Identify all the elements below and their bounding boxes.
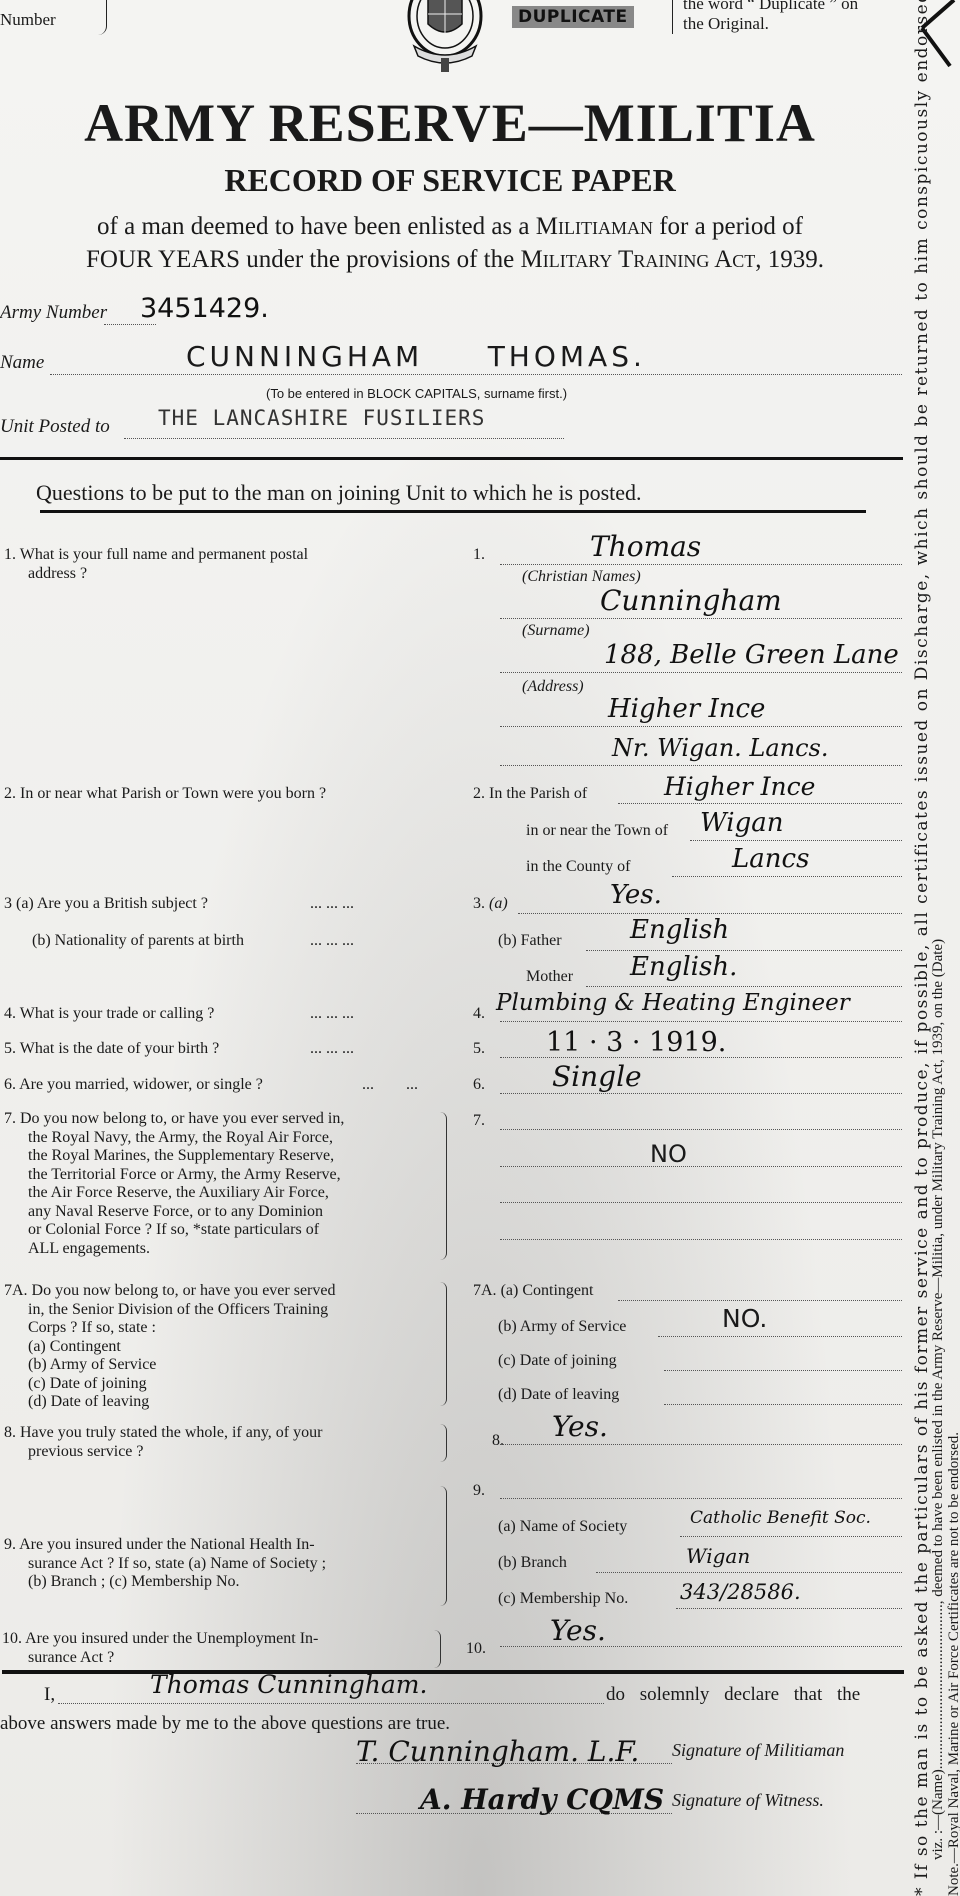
militiaman-signature-label: Signature of Militiaman <box>672 1740 844 1761</box>
address-line-1[interactable]: 188, Belle Green Lane <box>604 640 899 670</box>
question-text: 7. Do you now belong to, or have you eve… <box>4 1110 444 1129</box>
question-8: 8. Have you truly stated the whole, if a… <box>4 1424 322 1461</box>
duplicate-note-line: the Original. <box>683 14 858 34</box>
date-of-joining-label: (c) Date of joining <box>498 1352 617 1370</box>
dotted-line <box>500 564 902 565</box>
leader-dots: ... ... ... <box>310 932 354 951</box>
town-value[interactable]: Wigan <box>700 808 783 838</box>
previous-service-value[interactable]: NO <box>650 1140 687 1168</box>
answer-3a-label: (a) <box>489 895 508 912</box>
declaration-suffix: do solemnly declare that the <box>606 1684 860 1706</box>
dotted-line <box>500 765 902 766</box>
society-label: (a) Name of Society <box>498 1518 627 1536</box>
question-text: or Colonial Force ? If so, *state partic… <box>4 1221 444 1240</box>
brace <box>440 1424 447 1462</box>
branch-label: (b) Branch <box>498 1554 567 1572</box>
militiaman-signature[interactable]: T. Cunningham. L.F. <box>356 1735 639 1768</box>
answer-number: 6. <box>473 1076 485 1094</box>
army-number-value[interactable]: 3451429. <box>140 293 269 324</box>
army-number-label: Army Number <box>0 302 107 324</box>
dotted-line <box>676 1608 902 1609</box>
dotted-line <box>500 1166 902 1167</box>
intro-line-2: FOUR YEARS under the provisions of the M… <box>0 246 910 274</box>
declarant-name-value[interactable]: Thomas Cunningham. <box>150 1670 427 1699</box>
contingent-label: (a) Contingent <box>501 1282 594 1299</box>
question-text: (c) Date of joining <box>4 1375 335 1394</box>
question-10: 10. Are you insured under the Unemployme… <box>2 1630 318 1667</box>
name-label: Name <box>0 352 44 374</box>
question-text: 7A. Do you now belong to, or have you ev… <box>4 1282 335 1301</box>
mother-nationality-value[interactable]: English. <box>630 952 737 982</box>
question-text: Corps ? If so, state : <box>4 1319 335 1338</box>
question-text: any Naval Reserve Force, or to any Domin… <box>4 1203 444 1222</box>
membership-value[interactable]: 343/28586. <box>680 1580 801 1604</box>
birth-date-value[interactable]: 11 · 3 · 1919. <box>546 1027 726 1058</box>
question-text: the Air Force Reserve, the Auxiliary Air… <box>4 1184 444 1203</box>
question-text: (d) Date of leaving <box>4 1393 335 1412</box>
dotted-line <box>618 803 902 804</box>
dotted-line <box>596 1572 902 1573</box>
question-text: 8. Have you truly stated the whole, if a… <box>4 1424 322 1443</box>
question-text: the Royal Marines, the Supplementary Res… <box>4 1147 444 1166</box>
parish-value[interactable]: Higher Ince <box>664 772 815 801</box>
dotted-line <box>518 913 902 914</box>
brace <box>440 1486 447 1606</box>
parish-field: 2. In the Parish of <box>473 785 587 803</box>
army-of-service-value[interactable]: NO. <box>722 1304 767 1333</box>
margin-note-3: Note.—Royal Naval, Marine or Air Force C… <box>946 1432 960 1896</box>
declaration-line-2: above answers made by me to the above qu… <box>0 1713 450 1735</box>
question-text: surance Act ? <box>2 1649 318 1668</box>
brace <box>440 1112 447 1260</box>
dotted-line <box>500 1021 902 1022</box>
number-label: Number <box>0 10 56 30</box>
stated-whole-service-value[interactable]: Yes. <box>552 1410 608 1443</box>
dotted-line <box>500 1093 902 1094</box>
intro-line-1: of a man deemed to have been enlisted as… <box>0 213 900 241</box>
dotted-line <box>500 1129 902 1130</box>
section-divider <box>0 457 903 460</box>
form-title: ARMY RESERVE—MILITIA <box>0 92 900 154</box>
leader-dots: ... ... ... <box>310 1040 354 1059</box>
answer-number: 9. <box>473 1482 485 1500</box>
society-value[interactable]: Catholic Benefit Soc. <box>690 1508 871 1528</box>
dotted-line <box>658 1336 902 1337</box>
answer-number: 7A. <box>473 1282 497 1299</box>
town-label: in or near the Town of <box>526 822 668 840</box>
county-label: in the County of <box>526 858 630 876</box>
father-nationality-value[interactable]: English <box>630 915 729 945</box>
margin-note-1: * If so the man is to be asked the parti… <box>912 0 932 1896</box>
county-value[interactable]: Lancs <box>732 844 809 874</box>
question-text: the Territorial Force or Army, the Army … <box>4 1166 444 1185</box>
dotted-line <box>58 1703 604 1704</box>
question-7a: 7A. Do you now belong to, or have you ev… <box>4 1282 335 1412</box>
dotted-line <box>664 1404 902 1405</box>
answer-number: 1. <box>473 546 485 564</box>
section-divider <box>2 1670 904 1674</box>
surname-value[interactable]: Cunningham <box>600 584 782 617</box>
dotted-line <box>586 986 902 987</box>
dotted-line <box>500 1444 902 1445</box>
dotted-line <box>124 438 564 439</box>
dotted-line <box>500 726 902 727</box>
question-text: ALL engagements. <box>4 1240 444 1259</box>
duplicate-stamp: DUPLICATE <box>512 6 634 28</box>
dotted-line <box>500 1498 902 1499</box>
question-text: (b) Army of Service <box>4 1356 335 1375</box>
name-hint: (To be entered in BLOCK CAPITALS, surnam… <box>266 386 567 401</box>
question-text: in, the Senior Division of the Officers … <box>4 1301 335 1320</box>
dotted-line <box>500 672 902 673</box>
question-text: surance Act ? If so, state (a) Name of S… <box>4 1555 326 1574</box>
unemployment-insurance-value[interactable]: Yes. <box>550 1614 606 1647</box>
dotted-line <box>618 1300 902 1301</box>
dotted-line <box>672 876 902 877</box>
dotted-line <box>500 1202 902 1203</box>
question-9: 9. Are you insured under the National He… <box>4 1536 326 1592</box>
answer-number: 8. <box>492 1432 504 1450</box>
margin-note-2: viz. :—(Name)...........................… <box>930 939 947 1860</box>
declaration-prefix: I, <box>44 1684 55 1706</box>
answer-number: 10. <box>466 1640 486 1658</box>
question-3b: (b) Nationality of parents at birth <box>32 932 244 951</box>
christian-names-value[interactable]: Thomas <box>590 530 701 563</box>
brace <box>98 0 107 35</box>
question-text: (b) Branch ; (c) Membership No. <box>4 1573 326 1592</box>
question-7: 7. Do you now belong to, or have you eve… <box>4 1110 444 1258</box>
brace <box>440 1282 447 1406</box>
leader-dots: ... ... ... <box>310 895 354 914</box>
dotted-line <box>586 950 902 951</box>
question-text: previous service ? <box>4 1443 322 1462</box>
answer-number: 2. <box>473 785 485 802</box>
question-text: (a) Contingent <box>4 1338 335 1357</box>
army-of-service-label: (b) Army of Service <box>498 1318 626 1336</box>
address-label: (Address) <box>522 678 584 696</box>
date-of-leaving-label: (d) Date of leaving <box>498 1386 619 1404</box>
question-1: 1. What is your full name and permanent … <box>4 546 308 583</box>
marital-status-value[interactable]: Single <box>552 1060 642 1093</box>
dotted-line <box>50 374 902 375</box>
form-subtitle: RECORD OF SERVICE PAPER <box>0 162 900 199</box>
question-text: address ? <box>4 565 308 584</box>
british-subject-value[interactable]: Yes. <box>610 880 662 910</box>
dotted-line <box>680 1536 902 1537</box>
question-5: 5. What is the date of your birth ? <box>4 1040 219 1059</box>
mother-label: Mother <box>526 968 573 986</box>
duplicate-note-line: the word “ Duplicate ” on <box>683 0 858 14</box>
membership-label: (c) Membership No. <box>498 1590 628 1608</box>
coat-of-arms-icon <box>396 0 494 78</box>
dotted-line <box>664 1370 902 1371</box>
service-record-page: Number DUPLICATE the word “ Duplicate ” … <box>0 0 960 1896</box>
question-6: 6. Are you married, widower, or single ? <box>4 1076 263 1095</box>
dotted-line <box>500 1239 902 1240</box>
question-4: 4. What is your trade or calling ? <box>4 1005 214 1024</box>
unit-stamp[interactable]: THE LANCASHIRE FUSILIERS <box>158 406 485 430</box>
name-value[interactable]: CUNNINGHAM THOMAS. <box>186 340 646 373</box>
surname-label: (Surname) <box>522 622 590 640</box>
dotted-line <box>104 324 156 325</box>
witness-signature-label: Signature of Witness. <box>672 1790 824 1811</box>
duplicate-note: the word “ Duplicate ” on the Original. <box>672 0 858 34</box>
trade-value[interactable]: Plumbing & Heating Engineer <box>496 990 850 1016</box>
unit-label: Unit Posted to <box>0 416 110 438</box>
address-line-3[interactable]: Nr. Wigan. Lancs. <box>612 734 829 762</box>
heading-underline <box>40 510 866 513</box>
question-text: 1. What is your full name and permanent … <box>4 546 308 565</box>
answer-number: 5. <box>473 1040 485 1058</box>
answer-7a-contingent: 7A. (a) Contingent <box>473 1282 593 1300</box>
witness-signature[interactable]: A. Hardy CQMS <box>420 1783 664 1816</box>
leader-dots: ... ... ... <box>310 1005 354 1024</box>
questions-heading: Questions to be put to the man on joinin… <box>36 480 642 506</box>
address-line-2[interactable]: Higher Ince <box>608 694 765 724</box>
branch-value[interactable]: Wigan <box>686 1544 750 1568</box>
answer-3a: 3. (a) <box>473 895 508 913</box>
dotted-line <box>500 618 902 619</box>
dotted-line <box>690 840 902 841</box>
father-label: (b) Father <box>498 932 562 950</box>
answer-number: 7. <box>473 1112 485 1130</box>
question-text: 9. Are you insured under the National He… <box>4 1536 326 1555</box>
question-text: the Royal Navy, the Army, the Royal Air … <box>4 1129 444 1148</box>
parish-label: In the Parish of <box>489 785 587 802</box>
answer-number: 3. <box>473 895 485 912</box>
answer-number: 4. <box>473 1005 485 1023</box>
brace <box>434 1630 441 1668</box>
question-text: 10. Are you insured under the Unemployme… <box>2 1630 318 1649</box>
question-3a: 3 (a) Are you a British subject ? <box>4 895 208 914</box>
question-2: 2. In or near what Parish or Town were y… <box>4 785 326 804</box>
leader-dots: ... ... <box>362 1076 418 1095</box>
